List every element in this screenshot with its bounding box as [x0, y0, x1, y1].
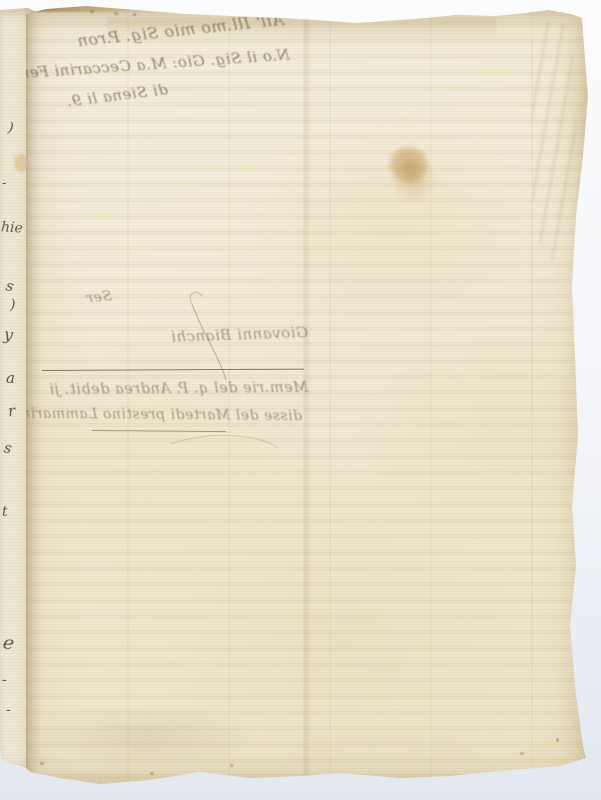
- showthrough-body-line-2: disse del Martedi prestino Lammarini: [40, 406, 302, 424]
- margin-text-fragment: ): [10, 297, 15, 313]
- showthrough-address-line-2: N.o il Sig. Gio: M.a Ceccarini Ferr.te: [48, 46, 291, 81]
- fox-spot: [90, 10, 94, 13]
- fox-stain: [378, 136, 442, 208]
- margin-text-fragment: t: [2, 504, 8, 520]
- showthrough-address-line-3: di Siena li 9.: [71, 80, 168, 110]
- showthrough-salutation: Ser: [75, 288, 112, 308]
- showthrough-underline: [92, 430, 226, 432]
- margin-text-fragment: r: [7, 402, 16, 421]
- fox-spot: [133, 13, 136, 16]
- fox-spot: [556, 738, 559, 742]
- showthrough-address-line-1: All' Ill.mo mio Sig. P.ron: [88, 10, 285, 49]
- margin-text-fragment: e: [2, 631, 16, 654]
- wrinkle-shading: [36, 706, 256, 766]
- margin-text-fragment: s: [2, 438, 13, 457]
- wrinkle-shading: [532, 20, 576, 260]
- margin-text-fragment: hie: [0, 219, 23, 236]
- margin-text-fragment: -: [6, 702, 11, 718]
- showthrough-name-line: Giovanni Bianchi: [140, 323, 309, 347]
- ink-flourish: [126, 276, 326, 466]
- manuscript-page: All' Ill.mo mio Sig. P.ron N.o il Sig. G…: [26, 6, 588, 784]
- fox-spot: [520, 752, 524, 755]
- showthrough-body-line-1: Mem.rie del q. P. Andrea debit. ji: [40, 380, 308, 398]
- fox-spot: [230, 764, 233, 767]
- margin-text-fragment: ): [7, 120, 15, 137]
- fox-spot: [14, 154, 28, 172]
- scanned-manuscript: ) - hie s ) y a r s t e - - All' Ill.mo …: [0, 0, 601, 800]
- margin-text-fragment: a: [6, 369, 15, 387]
- ink-rule-line: [42, 369, 304, 372]
- margin-text-fragment: y: [3, 325, 14, 345]
- fox-spot: [114, 12, 118, 15]
- margin-text-fragment: -: [2, 672, 7, 688]
- fox-spot: [150, 772, 154, 775]
- fox-spot: [40, 762, 44, 765]
- margin-text-fragment: -: [2, 176, 6, 191]
- margin-text-fragment: s: [4, 276, 15, 295]
